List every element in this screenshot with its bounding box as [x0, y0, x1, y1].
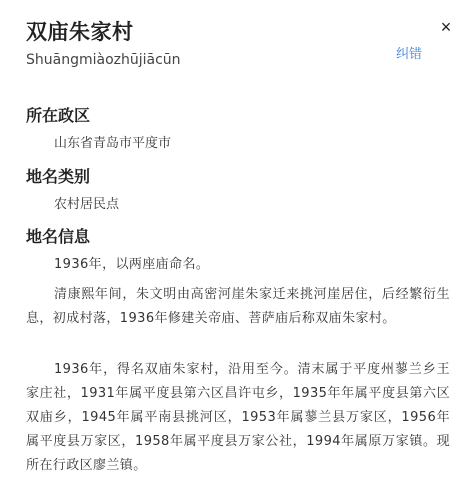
- place-info-panel: 双庙朱家村 Shuāngmiàozhūjiācūn × 纠错 所在政区 山东省青…: [0, 0, 473, 493]
- info-heading: 地名信息: [26, 227, 90, 247]
- info-paragraph: 清康熙年间，朱文明由高密河崖朱家迁来挑河崖居住，后经繁衍生息，初成村落，1936…: [26, 283, 450, 331]
- place-pinyin: Shuāngmiàozhūjiācūn: [26, 51, 181, 69]
- place-title: 双庙朱家村: [26, 18, 134, 46]
- close-button[interactable]: ×: [437, 18, 455, 36]
- info-paragraph: 1936年，得名双庙朱家村，沿用至今。清末属于平度州蓼兰乡王家庄社，1931年属…: [26, 358, 450, 478]
- info-paragraph: 1936年，以两座庙命名。: [26, 253, 450, 277]
- admin-region-value: 山东省青岛市平度市: [54, 135, 171, 153]
- category-heading: 地名类别: [26, 167, 90, 187]
- report-error-link[interactable]: 纠错: [396, 46, 422, 64]
- admin-region-heading: 所在政区: [26, 106, 90, 126]
- category-value: 农村居民点: [54, 196, 119, 214]
- close-icon: ×: [441, 17, 452, 37]
